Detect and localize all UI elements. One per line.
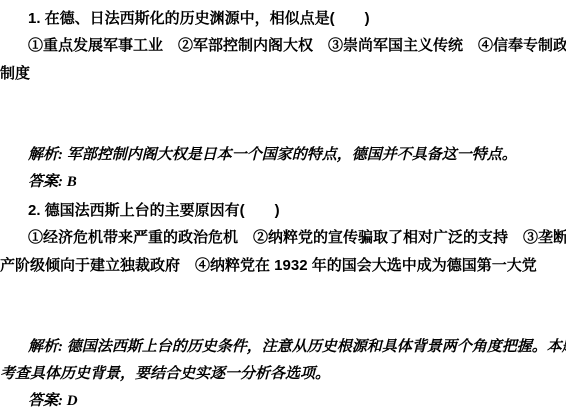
- question-2-options-row-ab: A. ①②③B. ②③④: [0, 279, 566, 306]
- exercise-document-page: 1. 在德、日法西斯化的历史渊源中，相似点是( ) ①重点发展军事工业 ②军部控…: [0, 0, 566, 418]
- question-1-options-row-cd: C. ①②④D. ②③④: [0, 115, 566, 142]
- question-1-items-line1: ①重点发展军事工业 ②军部控制内阁大权 ③崇尚军国主义传统 ④信奉专制政治: [0, 32, 566, 59]
- question-1-items-line2: 制度: [0, 60, 566, 87]
- question-2-items-line2: 产阶级倾向于建立独裁政府 ④纳粹党在 1932 年的国会大选中成为德国第一大党: [0, 252, 566, 279]
- question-2-items-line1: ①经济危机带来严重的政治危机 ②纳粹党的宣传骗取了相对广泛的支持 ③垄断资: [0, 224, 566, 251]
- question-2-options-row-cd: C. ①③④D. ①②③④: [0, 306, 566, 333]
- question-1-analysis: 解析: 军部控制内阁大权是日本一个国家的特点，德国并不具备这一特点。: [0, 142, 566, 169]
- question-1-answer: 答案: B: [0, 169, 566, 196]
- question-2-answer: 答案: D: [0, 388, 566, 415]
- question-1-options-row-ab: A. ①②③B. ①③④: [0, 87, 566, 114]
- question-1-stem: 1. 在德、日法西斯化的历史渊源中，相似点是( ): [0, 5, 566, 32]
- question-2-analysis-line1: 解析: 德国法西斯上台的历史条件，注意从历史根源和具体背景两个角度把握。本题: [0, 334, 566, 361]
- question-2-stem: 2. 德国法西斯上台的主要原因有( ): [0, 197, 566, 224]
- question-2-analysis-line2: 考查具体历史背景，要结合史实逐一分析各选项。: [0, 361, 566, 388]
